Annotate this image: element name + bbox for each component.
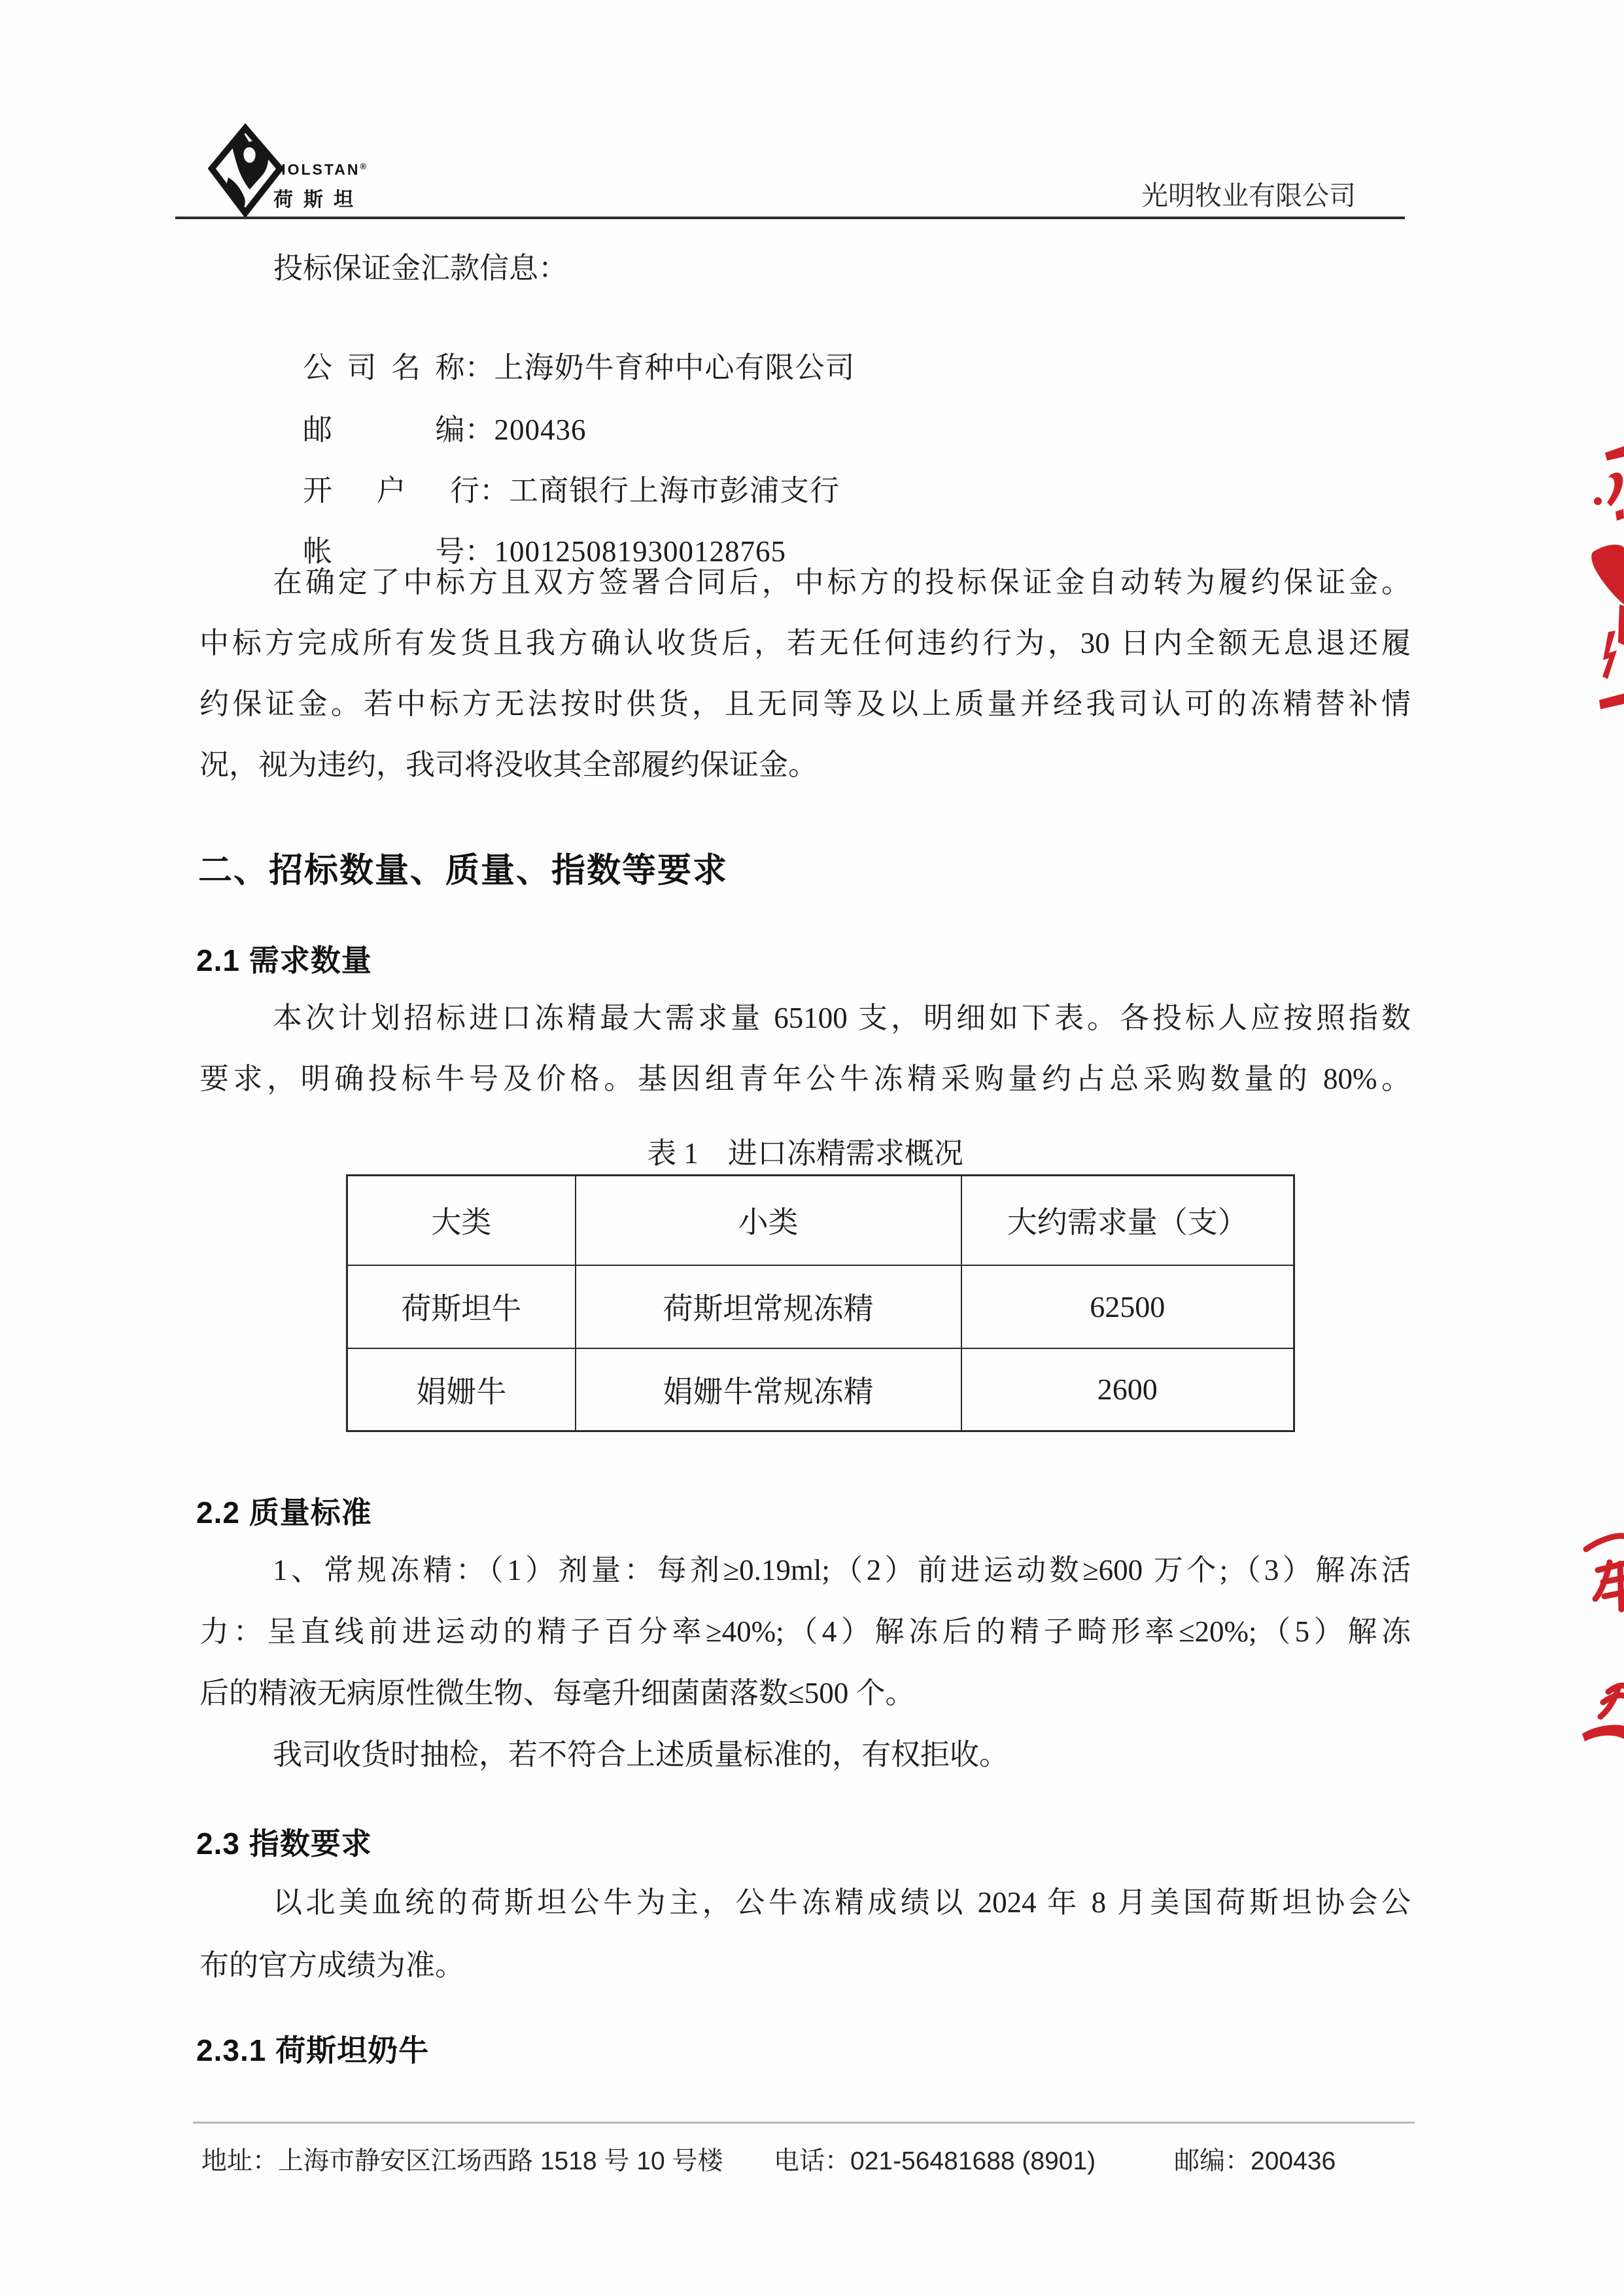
cell-quantity: 2600 [961, 1348, 1294, 1431]
field-value: 1001250819300128765 [494, 535, 787, 568]
footer-address: 地址：上海市静安区江场西路 1518 号 10 号楼 [201, 2141, 723, 2177]
cell-subcategory: 荷斯坦常规冻精 [576, 1265, 961, 1348]
footer-postal: 邮编：200436 [1174, 2141, 1336, 2177]
red-ink-annotation-upper [1575, 440, 1624, 721]
paragraph-line: 本次计划招标进口冻精最大需求量 65100 支，明细如下表。各投标人应按照指数 [199, 1000, 1411, 1037]
table-row: 娟姗牛 娟姗牛常规冻精 2600 [347, 1348, 1294, 1431]
red-ink-annotation-lower [1580, 1530, 1624, 1759]
cow-head-diamond-icon [208, 123, 283, 221]
remittance-title: 投标保证金汇款信息： [273, 250, 568, 287]
cell-category: 荷斯坦牛 [347, 1265, 576, 1348]
header-rule [175, 217, 1405, 219]
cell-subcategory: 娟姗牛常规冻精 [576, 1348, 961, 1431]
paragraph-line: 中标方完成所有发货且我方确认收货后，若无任何违约行为，30 日内全额无息退还履 [199, 625, 1411, 662]
col-header-subcategory: 小类 [576, 1176, 961, 1265]
section-heading-2-3: 2.3 指数要求 [196, 1820, 372, 1863]
table-caption: 表 1 进口冻精需求概况 [199, 1129, 1411, 1172]
paragraph-line: 1、常规冻精：（1）剂量：每剂≥0.19ml;（2）前进运动数≥600 万个;（… [199, 1552, 1411, 1589]
paragraph-line: 在确定了中标方且双方签署合同后，中标方的投标保证金自动转为履约保证金。 [199, 564, 1411, 601]
scanned-document-page: HOLSTAN® 荷斯坦 光明牧业有限公司 投标保证金汇款信息： 公 司 名 称… [0, 0, 1624, 2295]
paragraph-line: 要求，明确投标牛号及价格。基因组青年公牛冻精采购量约占总采购数量的 80%。 [199, 1060, 1411, 1098]
section-heading-2: 二、招标数量、质量、指数等要求 [198, 843, 728, 892]
paragraph-line: 后的精液无病原性微生物、每毫升细菌菌落数≤500 个。 [199, 1675, 1411, 1712]
col-header-quantity: 大约需求量（支） [961, 1176, 1294, 1265]
table-row: 荷斯坦牛 荷斯坦常规冻精 62500 [347, 1265, 1294, 1348]
section-heading-2-1: 2.1 需求数量 [196, 937, 372, 980]
footer-rule [193, 2122, 1415, 2124]
brand-name-cn: 荷斯坦 [273, 183, 364, 212]
registered-mark-icon: ® [360, 161, 366, 171]
brand-name-en: HOLSTAN® [275, 161, 366, 179]
section-heading-2-3-1: 2.3.1 荷斯坦奶牛 [196, 2027, 429, 2070]
paragraph-line: 布的官方成绩为准。 [199, 1947, 1411, 1984]
paragraph-line: 况，视为违约，我司将没收其全部履约保证金。 [199, 746, 1411, 784]
col-header-category: 大类 [347, 1176, 576, 1265]
field-label: 帐 号： [303, 535, 494, 568]
holstan-logo: HOLSTAN® 荷斯坦 [208, 122, 378, 220]
table-header-row: 大类 小类 大约需求量（支） [347, 1176, 1294, 1265]
paragraph-line: 我司收货时抽检，若不符合上述质量标准的，有权拒收。 [199, 1736, 1411, 1774]
footer-phone: 电话：021-56481688 (8901) [774, 2141, 1096, 2177]
section-heading-2-2: 2.2 质量标准 [196, 1489, 372, 1532]
cell-quantity: 62500 [961, 1265, 1294, 1348]
paragraph-line: 力：呈直线前进运动的精子百分率≥40%;（4）解冻后的精子畸形率≤20%;（5）… [199, 1613, 1411, 1651]
cell-category: 娟姗牛 [347, 1348, 576, 1431]
company-name: 光明牧业有限公司 [1141, 174, 1356, 213]
paragraph-line: 约保证金。若中标方无法按时供货，且无同等及以上质量并经我司认可的冻精替补情 [199, 686, 1411, 723]
demand-table: 大类 小类 大约需求量（支） 荷斯坦牛 荷斯坦常规冻精 62500 娟姗牛 娟姗… [346, 1174, 1295, 1432]
paragraph-line: 以北美血统的荷斯坦公牛为主，公牛冻精成绩以 2024 年 8 月美国荷斯坦协会公 [199, 1884, 1411, 1921]
